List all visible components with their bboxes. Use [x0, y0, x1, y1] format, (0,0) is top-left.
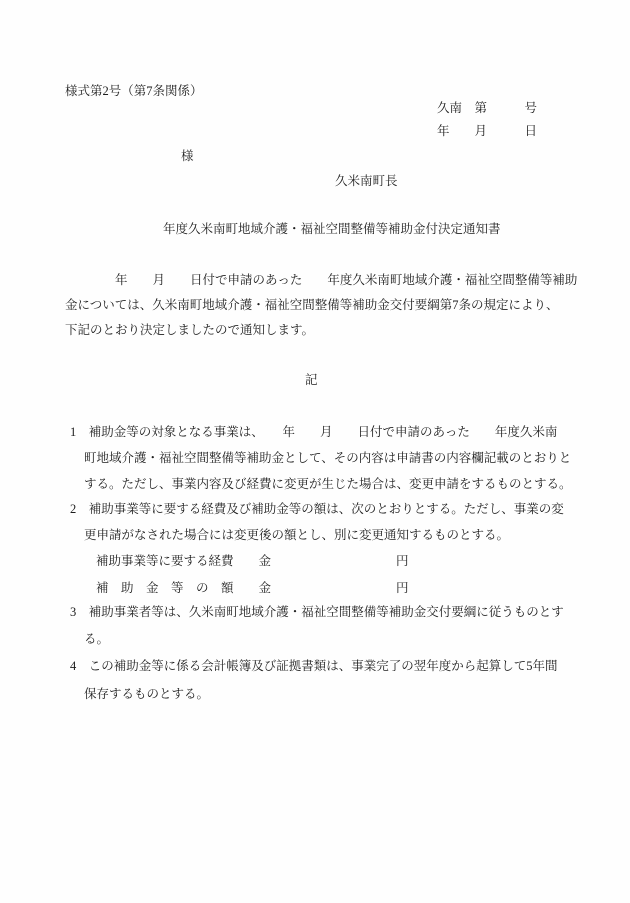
- item1-line3: する。ただし、事業内容及び経費に変更が生じた場合は、変更申請をするものとする。: [84, 476, 572, 492]
- item4-line1: 4 この補助金等に係る会計帳簿及び証拠書類は、事業完了の翌年度から起算して5年間: [70, 658, 558, 674]
- item1-line1: 1 補助金等の対象となる事業は、 年 月 日付で申請のあった 年度久米南: [70, 424, 557, 440]
- item3-line2: る。: [84, 631, 109, 647]
- ki-marker: 記: [305, 372, 318, 388]
- item2-subsidy-amount-line: 補 助 金 等 の 額 金 円: [96, 580, 409, 596]
- sender-title: 久米南町長: [335, 173, 398, 189]
- document-title: 年度久米南町地域介護・福祉空間整備等補助金付決定通知書: [163, 221, 501, 237]
- item4-line2: 保存するものとする。: [84, 686, 209, 702]
- form-number: 様式第2号（第7条関係）: [65, 83, 203, 99]
- reference-number: 久南 第 号: [437, 100, 537, 116]
- item1-line2: 町地域介護・福祉空間整備等補助金として、その内容は申請書の内容欄記載のとおりと: [84, 450, 571, 466]
- item2-line1: 2 補助事業等に要する経費及び補助金等の額は、次のとおりとする。ただし、事業の変: [70, 501, 564, 517]
- opening-line-2: 金については、久米南町地域介護・福祉空間整備等補助金交付要綱第7条の規定により、: [65, 297, 559, 313]
- date-line: 年 月 日: [437, 123, 537, 139]
- opening-line-1: 年 月 日付で申請のあった 年度久米南町地域介護・福祉空間整備等補助: [65, 272, 577, 288]
- opening-line-3: 下記のとおり決定しましたので通知します。: [65, 322, 314, 338]
- document-page: 様式第2号（第7条関係） 久南 第 号 年 月 日 様 久米南町長 年度久米南町…: [0, 0, 630, 903]
- addressee-suffix: 様: [181, 148, 194, 164]
- item2-line2: 更申請がなされた場合には変更後の額とし、別に変更通知するものとする。: [84, 527, 509, 543]
- item2-expense-amount-line: 補助事業等に要する経費 金 円: [96, 553, 409, 569]
- item3-line1: 3 補助事業者等は、久米南町地域介護・福祉空間整備等補助金交付要綱に従うものとす: [70, 604, 564, 620]
